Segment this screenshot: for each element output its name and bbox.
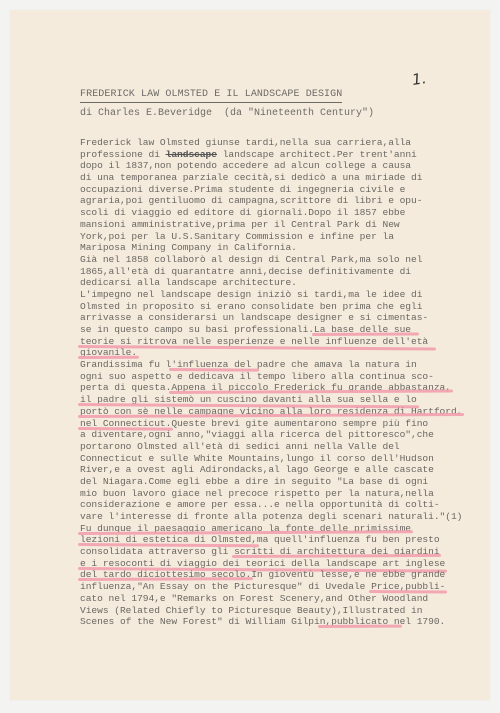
text-line: Grandissima fu l'influenza del padre che…	[80, 359, 480, 371]
text-line: lezioni di estetica di Olmsted,ma quell'…	[80, 534, 480, 546]
text-line: cato nel 1794,e "Remarks on Forest Scene…	[80, 593, 480, 605]
text-line: Fu dunque il paesaggio americano la font…	[80, 523, 480, 535]
text-line: York,poi per la U.S.Sanitary Commission …	[80, 231, 480, 243]
text-line: e i resoconti di viaggio dei teorici del…	[80, 558, 480, 570]
text-line: mio buon lavoro giace nel precoce rispet…	[80, 488, 480, 500]
text-line: Mariposa Mining Company in California.	[80, 242, 480, 254]
text-fragment: professione di	[80, 149, 166, 160]
highlighter-underline	[318, 625, 402, 628]
document-byline: di Charles E.Beveridge (da "Nineteenth C…	[80, 108, 374, 120]
text-line: influenza,"An Essay on the Picturesque" …	[80, 581, 480, 593]
text-line: Scenes of the New Forest" di William Gil…	[80, 616, 480, 628]
text-line: agraria,poi gentiluomo di campagna,scrit…	[80, 195, 480, 207]
text-line: professione di landscape landscape archi…	[80, 149, 480, 161]
text-line: mansioni amministrative,prima per il Cen…	[80, 219, 480, 231]
text-line: del tardo diciottesimo secolo.In giovent…	[80, 569, 480, 581]
text-line: del Niagara.Come egli ebbe a dire in seg…	[80, 476, 480, 488]
text-line: L'impegno nel landscape design iniziò si…	[80, 289, 480, 301]
text-line: considerazione e amore per essa...e nell…	[80, 499, 480, 511]
text-line: dedicarsi alla landscape architecture.	[80, 277, 480, 289]
text-line: arrivasse a considerarsi un landscape de…	[80, 312, 480, 324]
text-fragment: landscape architect.Per trent'anni	[217, 149, 417, 160]
text-line: Già nel 1858 collaborò al design di Cent…	[80, 254, 480, 266]
text-line: teorie si ritrova nelle esperienze e nel…	[80, 336, 480, 348]
handwritten-page-number: 1.	[411, 69, 428, 89]
text-line: il padre gli sistemò un cuscino davanti …	[80, 394, 480, 406]
text-line: occupazioni diverse.Prima studente di in…	[80, 184, 480, 196]
text-line: nel Connecticut.Queste brevi gite aument…	[80, 418, 480, 430]
text-line: di una temporanea parziale cecità,si ded…	[80, 172, 480, 184]
text-line: 1865,all'età di quarantatre anni,decise …	[80, 266, 480, 278]
text-line: portò con sè nelle campagne vicino alla …	[80, 406, 480, 418]
text-line: perta di questa.Appena il piccolo Freder…	[80, 382, 480, 394]
text-line: giovanile.	[80, 347, 480, 359]
struck-out-word: landscape	[166, 149, 217, 160]
text-line: River,e a ovest agli Adirondacks,al lago…	[80, 464, 480, 476]
text-line: ogni suo aspetto e dedicava il tempo lib…	[80, 371, 480, 383]
text-line: vare l'interesse di fronte alla potenza …	[80, 511, 480, 523]
text-line: Frederick law Olmsted giunse tardi,nella…	[80, 137, 480, 149]
document-title: FREDERICK LAW OLMSTED E IL LANDSCAPE DES…	[80, 89, 342, 103]
text-line: portarono Olmsted all'età di sedici anni…	[80, 441, 480, 453]
text-line: a diventare,ogni anno,"viaggi alla ricer…	[80, 429, 480, 441]
text-line: consolidata attraverso gli scritti di ar…	[80, 546, 480, 558]
text-line: Connecticut e sulle White Mountains,lung…	[80, 453, 480, 465]
text-line: dopo il 1837,non potendo accedere ad alc…	[80, 160, 480, 172]
text-line: Views (Related Chiefly to Picturesque Be…	[80, 605, 480, 617]
text-line: scoli di viaggio ed editore di giornali.…	[80, 207, 480, 219]
text-line: se in questo campo su basi professionali…	[80, 324, 480, 336]
document-body: Frederick law Olmsted giunse tardi,nella…	[80, 137, 480, 628]
text-line: Olmsted in proposito si erano consolidat…	[80, 301, 480, 313]
